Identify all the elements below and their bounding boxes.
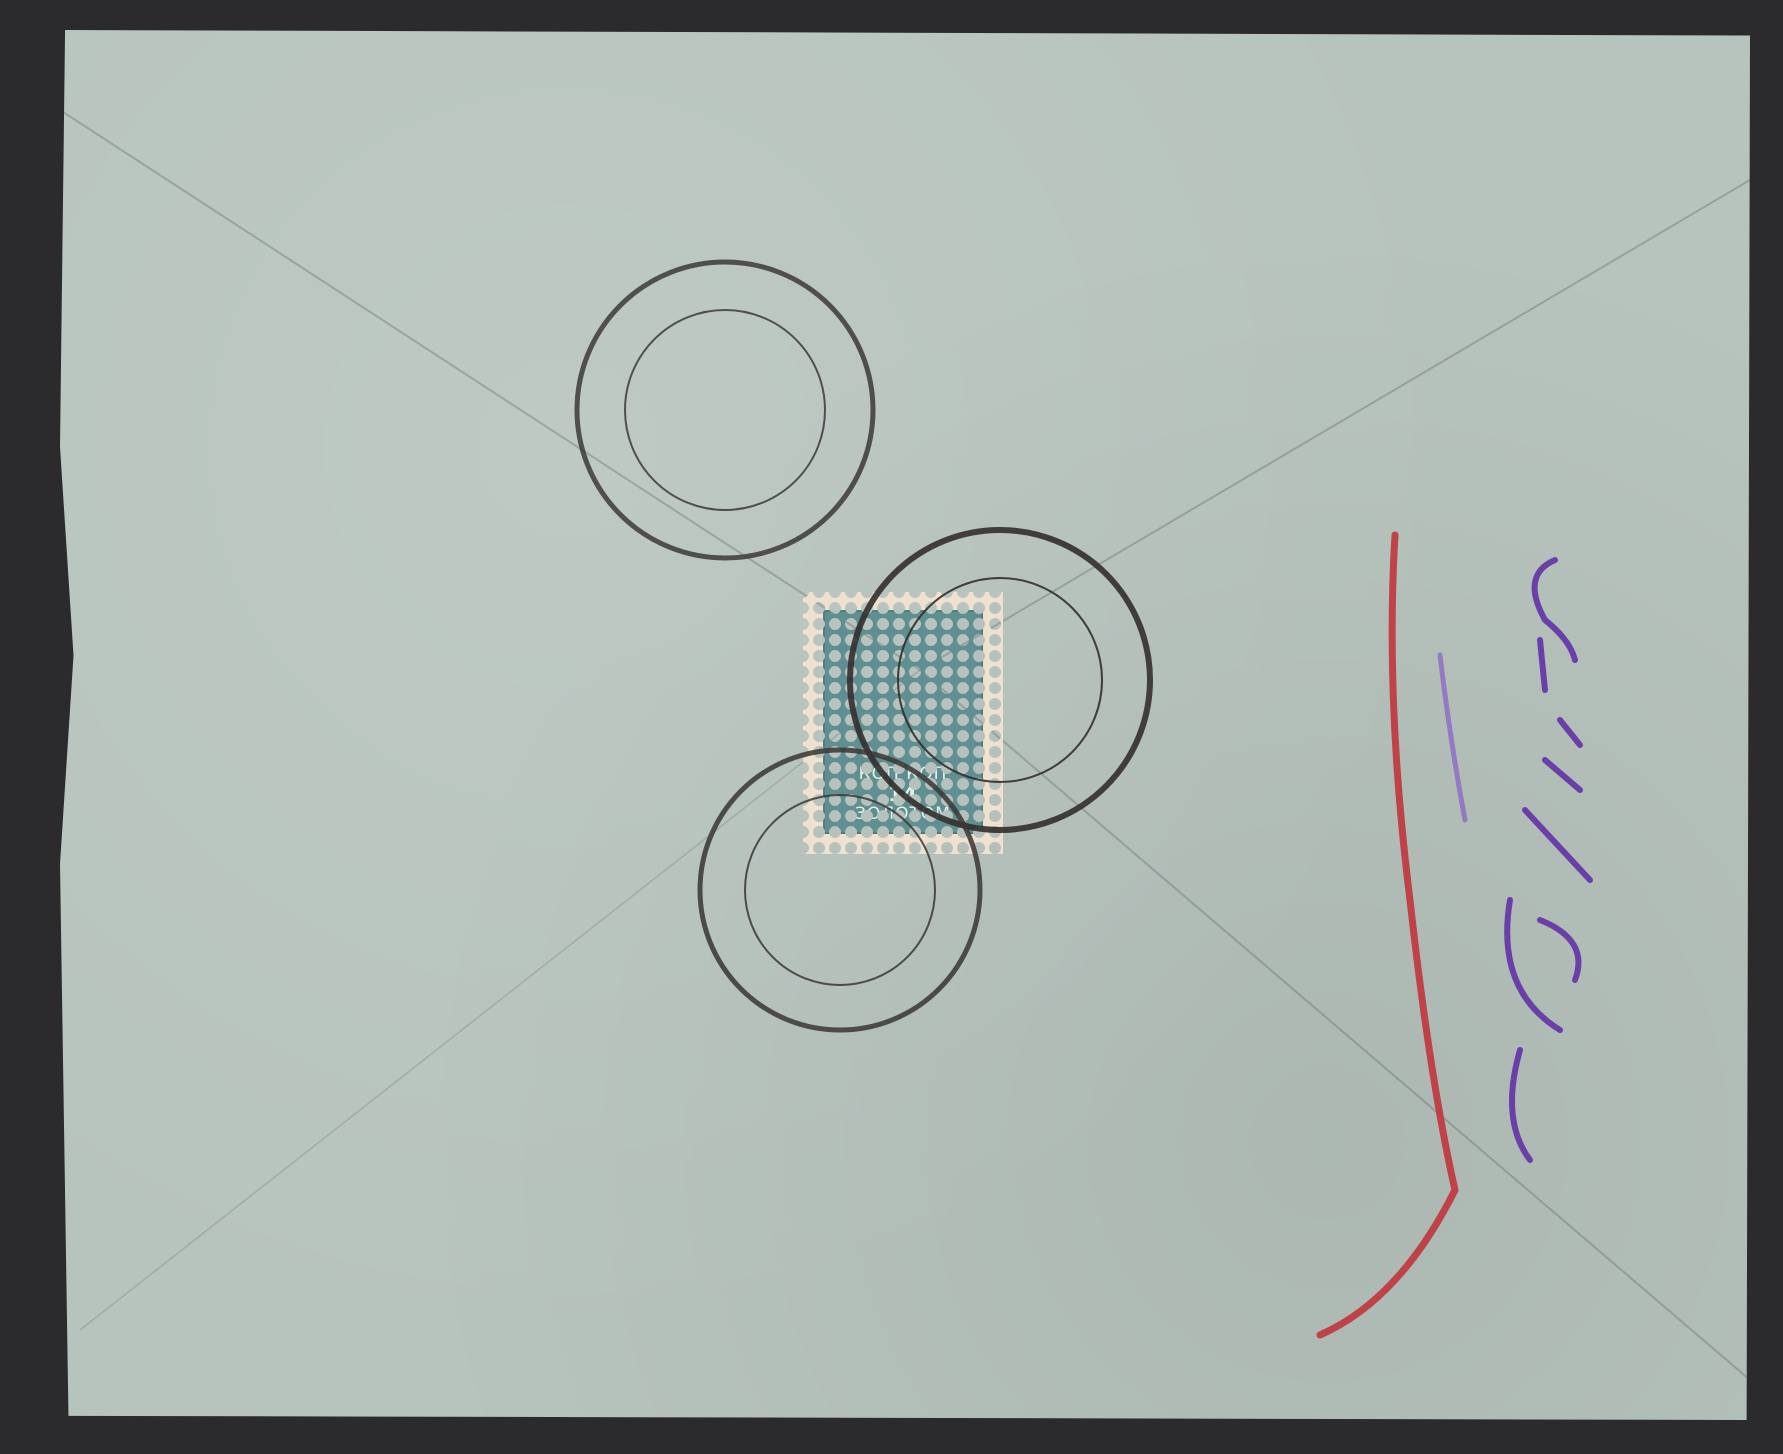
stamp-legend-bottom: ЗОЛОТОМ bbox=[825, 804, 981, 824]
stamp-legend: КОП КОП 14 ЗОЛОТОМ bbox=[825, 764, 981, 824]
stamp-design: КОП КОП 14 ЗОЛОТОМ bbox=[823, 610, 983, 834]
stamp-legend-top: КОП КОП bbox=[825, 764, 981, 784]
postage-stamp: КОП КОП 14 ЗОЛОТОМ bbox=[803, 592, 1003, 854]
stamp-denomination: 14 bbox=[825, 784, 981, 804]
